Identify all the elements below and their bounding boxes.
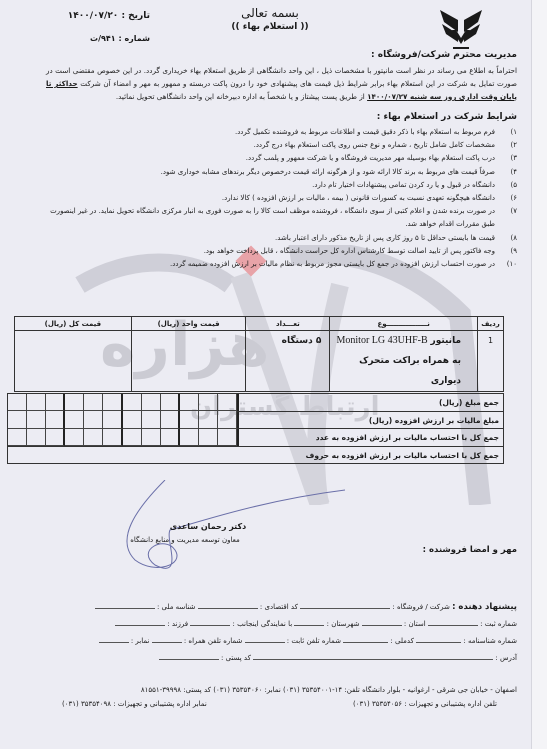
date-label: تاریخ : xyxy=(121,11,150,21)
table-header-row: ردیف نـــــــــــــــــوع تعـــداد قیمت … xyxy=(15,317,504,331)
mobile-field[interactable] xyxy=(152,634,182,643)
address-label: آدرس : xyxy=(495,654,517,662)
mobile-label: شماره تلفن همراه : xyxy=(184,637,242,645)
child-of-label: فرزند : xyxy=(167,620,188,628)
cell-qty: ۵ دستگاه xyxy=(246,331,330,392)
economic-code-field[interactable] xyxy=(198,600,258,609)
fax-field[interactable] xyxy=(99,634,129,643)
signatory-title: معاون توسعه مدیریت و منابع دانشگاه xyxy=(100,536,270,544)
intro-paragraph: احتراماً به اطلاع می رساند در نظر است ما… xyxy=(46,64,517,103)
grand-total-number-row: جمع کل با احتساب مالیات بر ارزش افزوده ب… xyxy=(237,428,503,447)
city-label: شهرستان : xyxy=(327,620,360,628)
condition-item: ۳)درب پاکت استعلام بهاء بوسیله مهر مدیری… xyxy=(37,152,517,165)
col-header-qty: تعـــداد xyxy=(246,317,330,331)
support-phone: تلفن اداره پشتیبانی و تجهیزات : ۳۵۳۵۴۰۵۶… xyxy=(353,697,497,711)
condition-item: ۴)صرفاً قیمت های مربوط به برند کالا ارائ… xyxy=(37,166,517,179)
offeror-title: پیشنهاد دهنده : xyxy=(452,602,517,612)
fax-label: نمابر : xyxy=(131,637,150,645)
col-header-total-price: قیمت کل (ریال) xyxy=(15,317,132,331)
col-header-unit-price: قیمت واحد (ریال) xyxy=(131,317,246,331)
cell-total-price[interactable] xyxy=(15,331,132,392)
condition-item: ۱۰)در صورت احتساب ارزش افزوده در جمع کل … xyxy=(37,258,517,271)
intro-text-1: احتراماً به اطلاع می رساند در نظر است ما… xyxy=(46,66,517,88)
letter-number-field: شماره : ۹۴۱/ت xyxy=(50,34,150,43)
offer-line-2: شماره ثبت : استان : شهرستان : با نمایندگ… xyxy=(8,617,517,631)
landline-field[interactable] xyxy=(245,634,285,643)
national-id-field[interactable] xyxy=(95,600,155,609)
col-header-type: نـــــــــــــــــوع xyxy=(330,317,478,331)
salutation: مدیریت محترم شرکت/فروشگاه : xyxy=(371,50,517,60)
date-value: ۱۴۰۰/۰۷/۲۰ xyxy=(68,11,119,21)
item-extra: به همراه براکت متحرک دیواری xyxy=(359,356,461,386)
national-id-label: شناسه ملی : xyxy=(157,603,195,611)
conditions-list: ۱)فرم مربوط به استعلام بهاء با ذکر دقیق … xyxy=(37,126,517,271)
address-field[interactable] xyxy=(253,651,493,660)
company-label: شرکت / فروشگاه : xyxy=(392,603,449,611)
document-page: هزاره ارتباط گستران بسمه تعالی (( استعلا… xyxy=(0,0,532,749)
representative-label: با نمایندگی اینجانب : xyxy=(233,620,293,628)
representative-field[interactable] xyxy=(190,617,230,626)
province-field[interactable] xyxy=(362,617,402,626)
support-fax: نمابر اداره پشتیبانی و تجهیزات : ۳۵۳۵۴۰۹… xyxy=(62,697,207,711)
totals-box: جمع مبلغ (ریال) مبلغ مالیات بر ارزش افزو… xyxy=(7,393,504,464)
condition-item: ۵)دانشگاه در قبول و یا رد کردن تمامی پیش… xyxy=(37,179,517,192)
economic-code-label: کد اقتصادی : xyxy=(260,603,298,611)
cell-item-type: مانیتور Monitor LG 43UHF-B به همراه براک… xyxy=(330,331,478,392)
condition-item: ۹)وجه فاکتور پس از تایید اصالت توسط کارش… xyxy=(37,245,517,258)
signatory-name: دکتر رحمان ساعدی xyxy=(138,522,278,531)
condition-item: ۱)فرم مربوط به استعلام بهاء با ذکر دقیق … xyxy=(37,126,517,139)
condition-item: ۶)دانشگاه هیچگونه تعهدی نسبت به کسورات ق… xyxy=(37,192,517,205)
national-code-field[interactable] xyxy=(343,634,388,643)
items-table: ردیف نـــــــــــــــــوع تعـــداد قیمت … xyxy=(14,316,504,392)
offer-line-3: شماره شناسنامه : کدملی : شماره تلفن ثابت… xyxy=(8,634,517,648)
footer-contacts: تلفن اداره پشتیبانی و تجهیزات : ۳۵۳۵۴۰۵۶… xyxy=(12,697,517,711)
company-field[interactable] xyxy=(300,600,390,609)
total-amount-row: جمع مبلغ (ریال) xyxy=(237,394,503,412)
cell-row-number: 1 xyxy=(478,331,504,392)
digit-grid[interactable] xyxy=(8,394,239,446)
national-code-label: کدملی : xyxy=(390,637,414,645)
id-no-field[interactable] xyxy=(416,634,461,643)
doc-subtitle: (( استعلام بهاء )) xyxy=(200,22,340,32)
table-row: 1 مانیتور Monitor LG 43UHF-B به همراه بر… xyxy=(15,331,504,392)
condition-item: ۲)مشخصات کامل شامل تاریخ ، شماره و نوع ج… xyxy=(37,139,517,152)
doc-title: بسمه تعالی xyxy=(200,6,340,20)
footer-address: اصفهان - خیابان جی شرقی - ارغوانیه - بلو… xyxy=(12,683,517,697)
city-field[interactable] xyxy=(294,617,324,626)
id-no-label: شماره شناسنامه : xyxy=(463,637,517,645)
university-logo-icon xyxy=(438,6,484,54)
page-edge xyxy=(531,0,547,749)
offer-line-1: پیشنهاد دهنده : شرکت / فروشگاه : کد اقتص… xyxy=(8,600,517,614)
number-label: شماره : xyxy=(118,34,150,43)
postal-code-field[interactable] xyxy=(159,651,219,660)
vat-amount-row: مبلغ مالیات بر ارزش افزوده (ریال) xyxy=(237,411,503,430)
offer-line-4: آدرس : کد پستی : xyxy=(8,651,517,665)
cell-unit-price[interactable] xyxy=(131,331,246,392)
condition-item: ۷)در صورت برنده شدن و اعلام کتبی از سوی … xyxy=(37,205,517,231)
condition-item: ۸)قیمت ها بایستی حداقل تا ۵ روز کاری پس … xyxy=(37,232,517,245)
col-header-row: ردیف xyxy=(478,317,504,331)
child-of-field[interactable] xyxy=(115,617,165,626)
seller-seal-label: مهر و امضا فروشنده : xyxy=(423,545,517,555)
postal-code-label: کد پستی : xyxy=(221,654,251,662)
reg-no-field[interactable] xyxy=(428,617,478,626)
reg-no-label: شماره ثبت : xyxy=(480,620,517,628)
item-name: مانیتور xyxy=(431,336,462,346)
intro-text-2: از طریق پست پیشتاز و یا شخصاً به اداره د… xyxy=(116,92,365,101)
number-value: ۹۴۱/ت xyxy=(90,34,116,43)
item-model: Monitor LG 43UHF-B xyxy=(337,335,428,346)
landline-label: شماره تلفن ثابت : xyxy=(287,637,341,645)
grand-total-words-row[interactable]: جمع کل با احتساب مالیات بر ارزش افزوده ب… xyxy=(8,446,503,465)
province-label: استان : xyxy=(404,620,426,628)
date-field: تاریخ : ۱۴۰۰/۰۷/۲۰ xyxy=(10,11,150,21)
conditions-title: شرایط شرکت در استعلام بهاء : xyxy=(377,112,517,122)
